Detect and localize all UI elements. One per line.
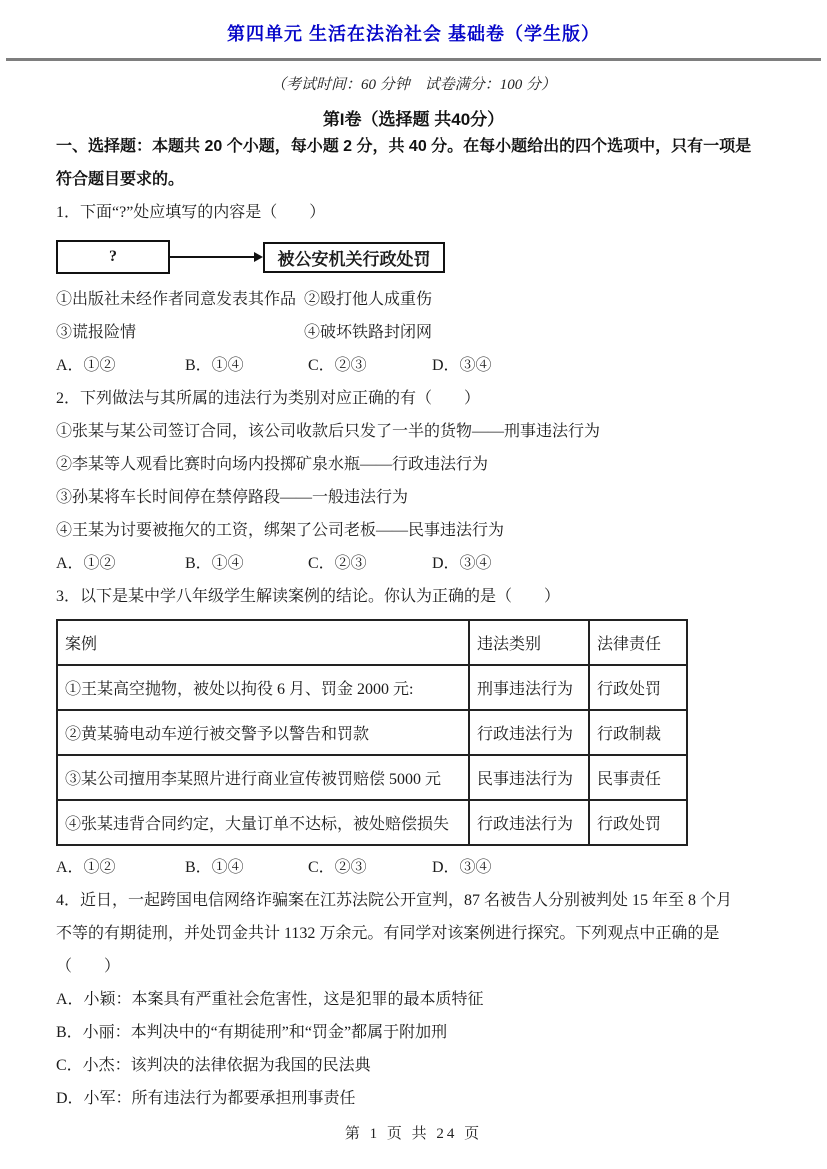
row3-case: ③某公司擅用李某照片进行商业宣传被罚赔偿 5000 元 (57, 755, 469, 800)
q3-option-d: D．③④ (432, 851, 771, 884)
q2-item-4: ④王某为讨要被拖欠的工资，绑架了公司老板——民事违法行为 (56, 514, 771, 547)
punishment-box: 被公安机关行政处罚 (263, 242, 445, 273)
q1-items-row1: ①出版社未经作者同意发表其作品 ②殴打他人成重伤 (56, 283, 771, 316)
question-4-stem-line3: （ ） (56, 950, 771, 983)
q1-item-2: ②殴打他人成重伤 (304, 283, 771, 316)
q2-option-d: D．③④ (432, 547, 771, 580)
header-case: 案例 (57, 620, 469, 665)
header-violation-type: 违法类别 (469, 620, 589, 665)
q4-option-b: B．小丽：本判决中的“有期徒刑”和“罚金”都属于附加刑 (56, 1016, 771, 1049)
q1-option-b: B．①④ (185, 349, 308, 382)
q3-option-a: A．①② (56, 851, 185, 884)
exam-info: （考试时间：60 分钟 试卷满分：100 分） (56, 73, 771, 94)
q1-options: A．①② B．①④ C．②③ D．③④ (56, 349, 771, 382)
q2-item-3: ③孙某将车长时间停在禁停路段——一般违法行为 (56, 481, 771, 514)
q1-flow-diagram: ? 被公安机关行政处罚 (56, 234, 771, 280)
question-4-stem-line2: 不等的有期徒刑，并处罚金共计 1132 万余元。有同学对该案例进行探究。下列观点… (56, 917, 771, 950)
q2-options: A．①② B．①④ C．②③ D．③④ (56, 547, 771, 580)
section-title: 第I卷（选择题 共40分） (56, 105, 771, 130)
exam-page: 第四单元 生活在法治社会 基础卷（学生版） （考试时间：60 分钟 试卷满分：1… (0, 0, 827, 1115)
q4-option-d: D．小军：所有违法行为都要承担刑事责任 (56, 1082, 771, 1115)
question-3-stem: 3．以下是某中学八年级学生解读案例的结论。你认为正确的是（ ） (56, 580, 771, 613)
table-header-row: 案例 违法类别 法律责任 (57, 620, 687, 665)
q1-item-1: ①出版社未经作者同意发表其作品 (56, 283, 304, 316)
row4-type: 行政违法行为 (469, 800, 589, 845)
table-row: ①王某高空抛物，被处以拘役 6 月、罚金 2000 元: 刑事违法行为 行政处罚 (57, 665, 687, 710)
q1-item-3: ③谎报险情 (56, 316, 304, 349)
q1-option-d: D．③④ (432, 349, 771, 382)
page-title: 第四单元 生活在法治社会 基础卷（学生版） (56, 14, 771, 46)
q2-option-c: C．②③ (308, 547, 432, 580)
row2-type: 行政违法行为 (469, 710, 589, 755)
instructions-line2: 符合题目要求的。 (56, 163, 771, 196)
row3-duty: 民事责任 (589, 755, 687, 800)
arrow-shaft (170, 256, 254, 258)
q2-item-1: ①张某与某公司签订合同，该公司收款后只发了一半的货物——刑事违法行为 (56, 415, 771, 448)
q1-item-4: ④破坏铁路封闭网 (304, 316, 771, 349)
q4-option-c: C．小杰：该判决的法律依据为我国的民法典 (56, 1049, 771, 1082)
q2-item-2: ②李某等人观看比赛时向场内投掷矿泉水瓶——行政违法行为 (56, 448, 771, 481)
q1-option-a: A．①② (56, 349, 185, 382)
row1-duty: 行政处罚 (589, 665, 687, 710)
question-2-stem: 2．下列做法与其所属的违法行为类别对应正确的有（ ） (56, 382, 771, 415)
q3-options: A．①② B．①④ C．②③ D．③④ (56, 851, 771, 884)
row2-duty: 行政制裁 (589, 710, 687, 755)
row2-case: ②黄某骑电动车逆行被交警予以警告和罚款 (57, 710, 469, 755)
arrow-head (254, 252, 263, 262)
title-divider (6, 58, 821, 61)
row1-case: ①王某高空抛物，被处以拘役 6 月、罚金 2000 元: (57, 665, 469, 710)
q3-option-c: C．②③ (308, 851, 432, 884)
q1-option-c: C．②③ (308, 349, 432, 382)
question-1-stem: 1．下面“?”处应填写的内容是（ ） (56, 196, 771, 229)
instructions-line1: 一、选择题：本题共 20 个小题，每小题 2 分，共 40 分。在每小题给出的四… (56, 130, 771, 163)
q3-option-b: B．①④ (185, 851, 308, 884)
row4-duty: 行政处罚 (589, 800, 687, 845)
page-number-footer: 第 1 页 共 24 页 (0, 1122, 827, 1143)
q1-items-row2: ③谎报险情 ④破坏铁路封闭网 (56, 316, 771, 349)
table-row: ②黄某骑电动车逆行被交警予以警告和罚款 行政违法行为 行政制裁 (57, 710, 687, 755)
question-4-stem-line1: 4．近日，一起跨国电信网络诈骗案在江苏法院公开宣判，87 名被告人分别被判处 1… (56, 884, 771, 917)
header-legal-duty: 法律责任 (589, 620, 687, 665)
table-row: ③某公司擅用李某照片进行商业宣传被罚赔偿 5000 元 民事违法行为 民事责任 (57, 755, 687, 800)
table-row: ④张某违背合同约定，大量订单不达标，被处赔偿损失 行政违法行为 行政处罚 (57, 800, 687, 845)
row4-case: ④张某违背合同约定，大量订单不达标，被处赔偿损失 (57, 800, 469, 845)
row3-type: 民事违法行为 (469, 755, 589, 800)
q3-case-table: 案例 违法类别 法律责任 ①王某高空抛物，被处以拘役 6 月、罚金 2000 元… (56, 619, 688, 846)
q2-option-b: B．①④ (185, 547, 308, 580)
row1-type: 刑事违法行为 (469, 665, 589, 710)
question-mark-box: ? (56, 240, 170, 274)
q2-option-a: A．①② (56, 547, 185, 580)
arrow-right-icon (170, 252, 263, 262)
q4-option-a: A．小颖：本案具有严重社会危害性，这是犯罪的最本质特征 (56, 983, 771, 1016)
